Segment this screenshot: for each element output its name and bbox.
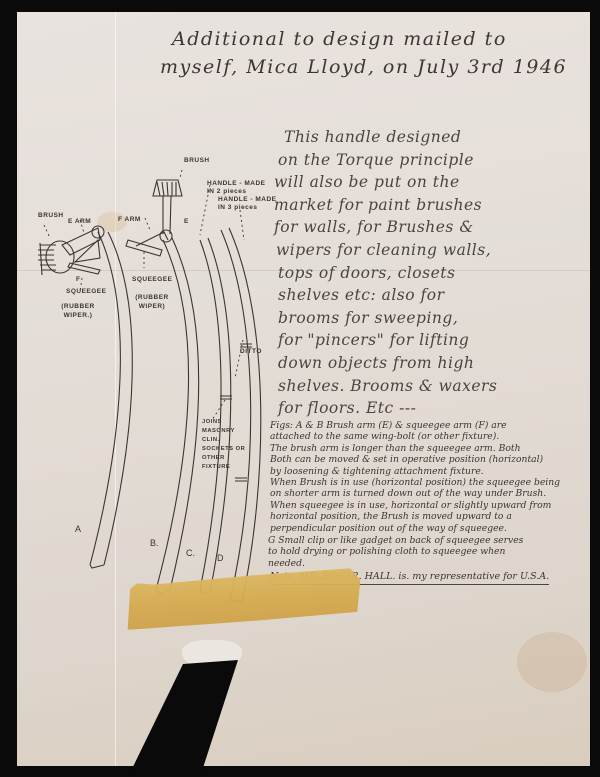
- label-ditto: DITTO: [240, 348, 262, 355]
- label-rubber-wiper-b: (RUBBER WIPER): [130, 293, 174, 311]
- label-squeegee-b: SQUEEGEE: [132, 276, 172, 283]
- figure-label-d: D: [217, 553, 224, 563]
- label-joins-sockets: JOINS MASONRY CLIN. SOCKETS OR OTHER FIX…: [202, 418, 246, 472]
- label-handle-3-pieces: HANDLE - MADE IN 3 pieces: [218, 196, 278, 212]
- figure-label-a: A: [75, 524, 81, 534]
- label-f-a: F: [76, 276, 80, 283]
- figure-label-c: C.: [186, 548, 195, 558]
- label-e-arm-a: E ARM: [68, 218, 91, 225]
- label-handle-2-pieces: HANDLE - MADE IN 2 pieces: [207, 180, 267, 196]
- label-rubber-wiper-a: (RUBBER WIPER.): [58, 302, 98, 320]
- label-brush-b: BRUSH: [184, 157, 210, 164]
- label-brush-a: BRUSH: [38, 212, 64, 219]
- figure-label-b: B.: [150, 538, 159, 548]
- label-e-b: E: [184, 218, 189, 225]
- label-squeegee-a: SQUEEGEE: [66, 288, 106, 295]
- handle-sketches: [0, 0, 600, 777]
- label-f-arm-b: F ARM: [118, 216, 141, 223]
